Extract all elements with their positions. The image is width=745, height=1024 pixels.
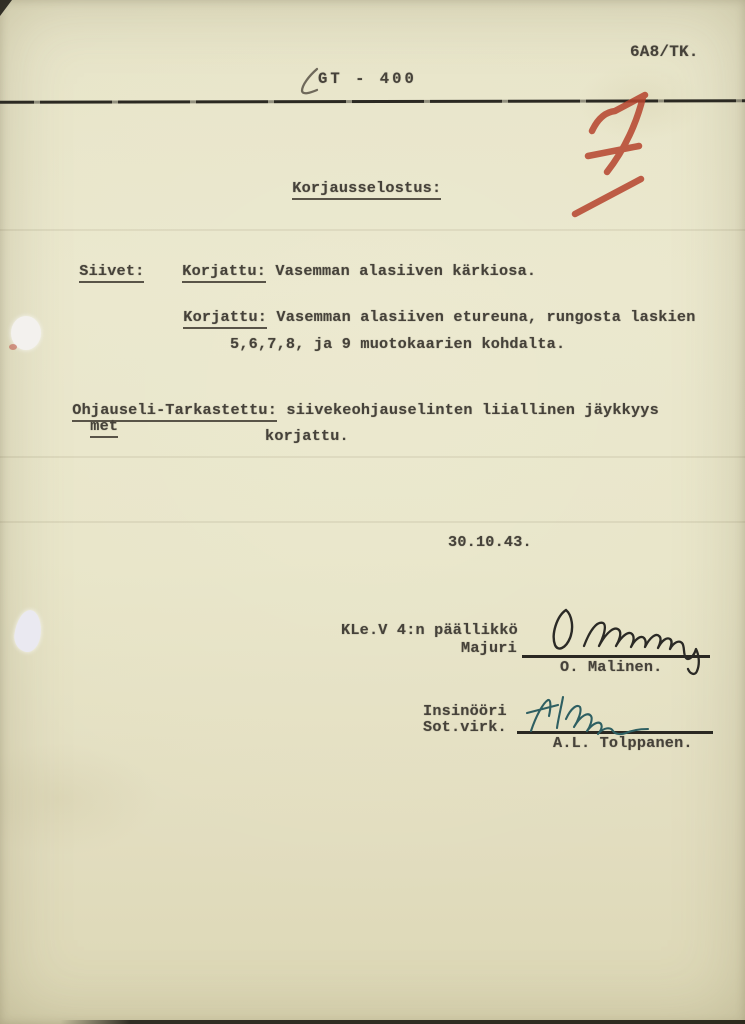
reference-number: 6A8/TK. [630, 44, 699, 61]
red-page-number-seven [588, 95, 645, 172]
signer1-role-line2: Majuri [461, 640, 517, 657]
repair-line-2-key: Korjattu: [183, 308, 267, 329]
aircraft-code: GT - 400 [318, 71, 417, 88]
horizontal-rule [0, 99, 745, 104]
signature-malinen-initial [554, 610, 572, 649]
repair-line-1-key: Korjattu: [182, 262, 266, 283]
red-fleck [9, 344, 17, 350]
paper-crease [0, 521, 745, 523]
repair-line-1: Korjattu: Vasemman alasiiven kärkiosa. [145, 246, 536, 297]
section-label-ohjauselimet-text2: met [90, 417, 118, 438]
section-label-siivet-text: Siivet: [79, 262, 144, 283]
document-title: Korjausselostus: [255, 163, 441, 214]
paper-crease [0, 229, 745, 231]
inspection-line-1-continuation: korjattu. [265, 428, 349, 445]
inspection-line-1-key: Tarkastettu: [165, 401, 277, 422]
red-underline-slash [575, 179, 641, 214]
signature-tolppanen-initials [527, 697, 563, 731]
inspection-line-1-text: siivekeohjauselinten liiallinen jäykkyys [286, 401, 659, 419]
inspection-line-1: Tarkastettu: siivekeohjauselinten liiall… [128, 385, 659, 436]
repair-line-2-continuation: 5,6,7,8, ja 9 muotokaarien kohdalta. [230, 336, 565, 353]
document-title-text: Korjausselostus: [292, 179, 441, 200]
paper-damage-spot [12, 608, 44, 653]
handwriting-overlay [0, 0, 745, 1024]
repair-line-1-text: Vasemman alasiiven kärkiosa. [275, 262, 536, 280]
signer2-role-line2: Sot.virk. [423, 719, 507, 736]
scan-bottom-edge [0, 1020, 745, 1024]
section-label-ohjauselimet-line2: met [53, 401, 118, 452]
date: 30.10.43. [448, 534, 532, 551]
repair-line-2-text: Vasemman alasiiven etureuna, rungosta la… [276, 308, 695, 326]
document-page: 6A8/TK. GT - 400 Korjausselostus: Siivet… [0, 0, 745, 1024]
section-label-siivet: Siivet: [42, 246, 144, 297]
signer2-typed-name: A.L. Tolppanen. [553, 735, 693, 752]
signer1-typed-name: O. Malinen. [560, 659, 662, 676]
signature-tolppanen [566, 706, 648, 734]
pencil-check-mark [302, 69, 317, 93]
scan-corner-shadow [0, 0, 12, 16]
paper-crease [0, 456, 745, 458]
signer1-role-line1: KLe.V 4:n päällikkö [341, 622, 518, 639]
